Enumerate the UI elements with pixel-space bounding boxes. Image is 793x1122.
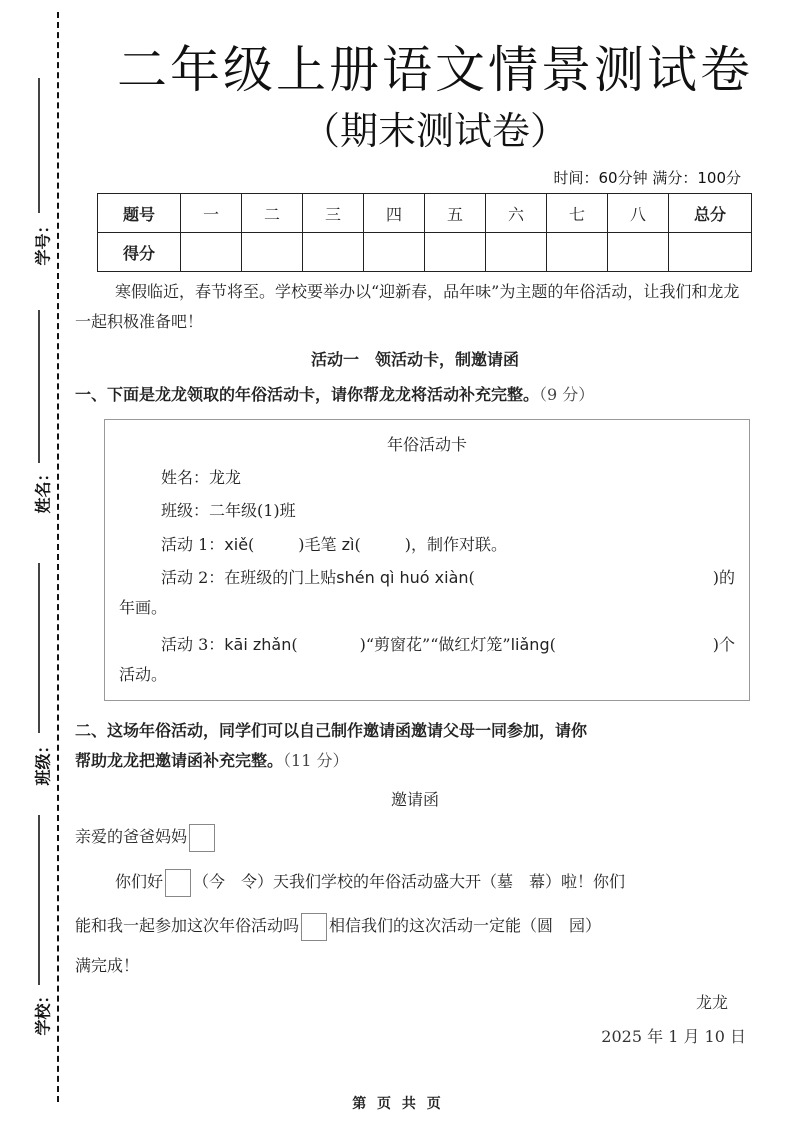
student-id-write-line[interactable]	[38, 78, 40, 213]
score-table: 题号 一 二 三 四 五 六 七 八 总分 得分	[97, 193, 752, 272]
invitation-line-2: 能和我一起参加这次年俗活动吗相信我们的这次活动一定能（圆 园）	[75, 904, 755, 948]
question-2-text-line2: 帮助龙龙把邀请函补充完整。	[75, 751, 283, 770]
question-1-points: （9 分）	[539, 385, 594, 404]
score-cell[interactable]	[547, 233, 608, 272]
section-title-activity-1: 活动一 领活动卡，制邀请函	[75, 347, 755, 370]
activity-3-mid: “剪窗花”“做红灯笼”	[366, 630, 511, 660]
column-header: 二	[242, 194, 303, 233]
column-header: 五	[425, 194, 486, 233]
score-cell[interactable]	[425, 233, 486, 272]
activity-3-suffix: 个	[719, 630, 735, 660]
question-2-text-line1: 二、这场年俗活动，同学们可以自己制作邀请函邀请父母一同参加，请你	[75, 716, 765, 746]
invitation-greeting: 亲爱的爸爸妈妈	[75, 827, 187, 846]
question-1-text: 一、下面是龙龙领取的年俗活动卡，请你帮龙龙将活动补充完整。	[75, 385, 539, 404]
activity-1-mid: 毛笔	[305, 535, 342, 554]
invitation-signature: 龙龙	[696, 990, 728, 1013]
activity-2-prefix: 活动 2：在班级的门上贴	[161, 563, 336, 593]
card-class-line: 班级：二年级(1)班	[119, 496, 735, 526]
invitation-line-2-b: 相信我们的这次活动一定能（圆 园）	[329, 916, 601, 935]
question-2-points: （11 分）	[283, 751, 348, 770]
card-name-line: 姓名：龙龙	[119, 463, 735, 493]
column-header: 七	[547, 194, 608, 233]
invitation-line-3: 满完成！	[75, 944, 755, 988]
row-label-score: 得分	[98, 233, 181, 272]
pinyin-zi: zì	[342, 535, 355, 554]
pinyin-liang: liǎng	[511, 630, 550, 660]
row-label-question-number: 题号	[98, 194, 181, 233]
score-cell[interactable]	[364, 233, 425, 272]
class-label: 班级：	[31, 737, 54, 785]
score-cell[interactable]	[181, 233, 242, 272]
invitation-line-1: 你们好（今 令）天我们学校的年俗活动盛大开（墓 幕）啦！你们	[75, 860, 755, 904]
intro-paragraph: 寒假临近，春节将至。学校要举办以“迎新春，品年味”为主题的年俗活动，让我们和龙龙…	[75, 277, 755, 337]
answer-blank[interactable]	[475, 563, 713, 593]
pinyin-xie: xiě	[224, 535, 248, 554]
score-cell[interactable]	[486, 233, 547, 272]
score-table-score-row: 得分	[98, 233, 752, 272]
column-header: 八	[608, 194, 669, 233]
score-cell-total[interactable]	[669, 233, 752, 272]
activity-1-prefix: 活动 1：	[161, 535, 224, 554]
invitation-line-1-b: （今 令）天我们学校的年俗活动盛大开（墓 幕）啦！你们	[193, 872, 625, 891]
pinyin-shen-qi-huo-xian: shén qì huó xiàn	[336, 563, 468, 593]
invitation-line-2-a: 能和我一起参加这次年俗活动吗	[75, 916, 299, 935]
answer-blank[interactable]	[298, 630, 360, 660]
activity-card: 年俗活动卡 姓名：龙龙 班级：二年级(1)班 活动 1：xiě()毛笔 zì()…	[104, 419, 750, 701]
punctuation-box[interactable]	[189, 824, 215, 852]
class-write-line[interactable]	[38, 563, 40, 733]
page-subtitle: （期末测试卷）	[70, 100, 793, 155]
page-footer: 第 页 共 页	[0, 1093, 793, 1113]
page-title: 二年级上册语文情景测试卷	[70, 30, 793, 102]
punctuation-box[interactable]	[301, 913, 327, 941]
activity-3-continued: 活动。	[119, 660, 735, 690]
activity-3-prefix: 活动 3：	[161, 630, 224, 660]
score-cell[interactable]	[303, 233, 364, 272]
score-table-header-row: 题号 一 二 三 四 五 六 七 八 总分	[98, 194, 752, 233]
column-header: 四	[364, 194, 425, 233]
school-write-line[interactable]	[38, 815, 40, 985]
column-header: 一	[181, 194, 242, 233]
name-write-line[interactable]	[38, 310, 40, 463]
question-1: 一、下面是龙龙领取的年俗活动卡，请你帮龙龙将活动补充完整。（9 分）	[75, 380, 765, 410]
score-cell[interactable]	[608, 233, 669, 272]
invitation-date: 2025 年 1 月 10 日	[601, 1024, 746, 1047]
score-cell[interactable]	[242, 233, 303, 272]
card-activity-3: 活动 3：kāi zhǎn()“剪窗花”“做红灯笼”liǎng()个 活动。	[119, 630, 735, 690]
card-activity-1: 活动 1：xiě()毛笔 zì()，制作对联。	[119, 530, 735, 560]
activity-card-title: 年俗活动卡	[105, 432, 749, 455]
activity-2-continued: 年画。	[119, 593, 735, 623]
card-activity-2: 活动 2：在班级的门上贴 shén qì huó xiàn()的 年画。	[119, 563, 735, 623]
punctuation-box[interactable]	[165, 869, 191, 897]
name-label: 姓名：	[31, 465, 54, 513]
time-and-score-info: 时间：60分钟 满分：100分	[554, 167, 742, 188]
column-header: 六	[486, 194, 547, 233]
activity-2-suffix: 的	[719, 563, 735, 593]
activity-1-suffix: ，制作对联。	[411, 535, 507, 554]
pinyin-kai-zhan: kāi zhǎn	[224, 630, 291, 660]
invitation-greeting-line: 亲爱的爸爸妈妈	[75, 815, 755, 859]
binding-dashed-line	[57, 12, 59, 1102]
answer-blank[interactable]	[556, 630, 713, 660]
column-header: 三	[303, 194, 364, 233]
invitation-title: 邀请函	[75, 787, 755, 810]
question-2: 二、这场年俗活动，同学们可以自己制作邀请函邀请父母一同参加，请你 帮助龙龙把邀请…	[75, 716, 765, 776]
school-label: 学校：	[31, 987, 54, 1035]
invitation-line-1-a: 你们好	[115, 872, 163, 891]
student-id-label: 学号：	[31, 217, 54, 265]
column-header-total: 总分	[669, 194, 752, 233]
